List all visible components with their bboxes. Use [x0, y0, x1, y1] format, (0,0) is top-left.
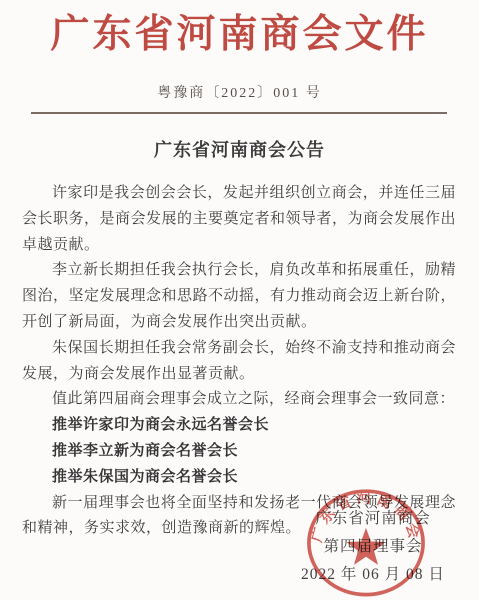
document-page: 广东省河南商会文件 粤豫商〔2022〕001 号 广东省河南商会公告 许家印是我…	[0, 0, 479, 600]
announcement-title: 广东省河南商会公告	[0, 136, 479, 162]
resolution-xu-jiayin: 推举许家印为商会永远名誉会长	[22, 413, 456, 439]
paragraph-xu-jiayin: 许家印是我会创会会长，发起并组织创立商会，并连任三届会长职务，是商会发展的主要奠…	[22, 181, 456, 258]
letterhead-divider	[31, 112, 447, 114]
paragraph-li-lixin: 李立新长期担任我会执行会长，肩负改革和拓展重任，励精图治，坚定发展理念和思路不动…	[22, 258, 456, 335]
paragraph-zhu-baoguo: 朱保国长期担任我会常务副会长，始终不渝支持和推动商会发展，为商会发展作出显著贡献…	[22, 336, 456, 388]
signature-block: 广东省河南商会 第四届理事会 2022 年 06 月 08 日	[288, 505, 458, 589]
letterhead-title: 广东省河南商会文件	[0, 3, 479, 59]
paragraph-council-agreement: 值此第四届商会理事会成立之际，经商会理事会一致同意：	[22, 387, 456, 413]
document-number: 粤豫商〔2022〕001 号	[0, 82, 479, 102]
resolution-zhu-baoguo: 推举朱保国为商会名誉会长	[22, 465, 456, 491]
signature-org: 广东省河南商会	[288, 505, 458, 533]
signature-date: 2022 年 06 月 08 日	[288, 561, 458, 589]
resolution-li-lixin: 推举李立新为商会名誉会长	[22, 439, 456, 465]
document-body: 许家印是我会创会会长，发起并组织创立商会，并连任三届会长职务，是商会发展的主要奠…	[22, 181, 456, 542]
signature-council: 第四届理事会	[288, 533, 458, 561]
